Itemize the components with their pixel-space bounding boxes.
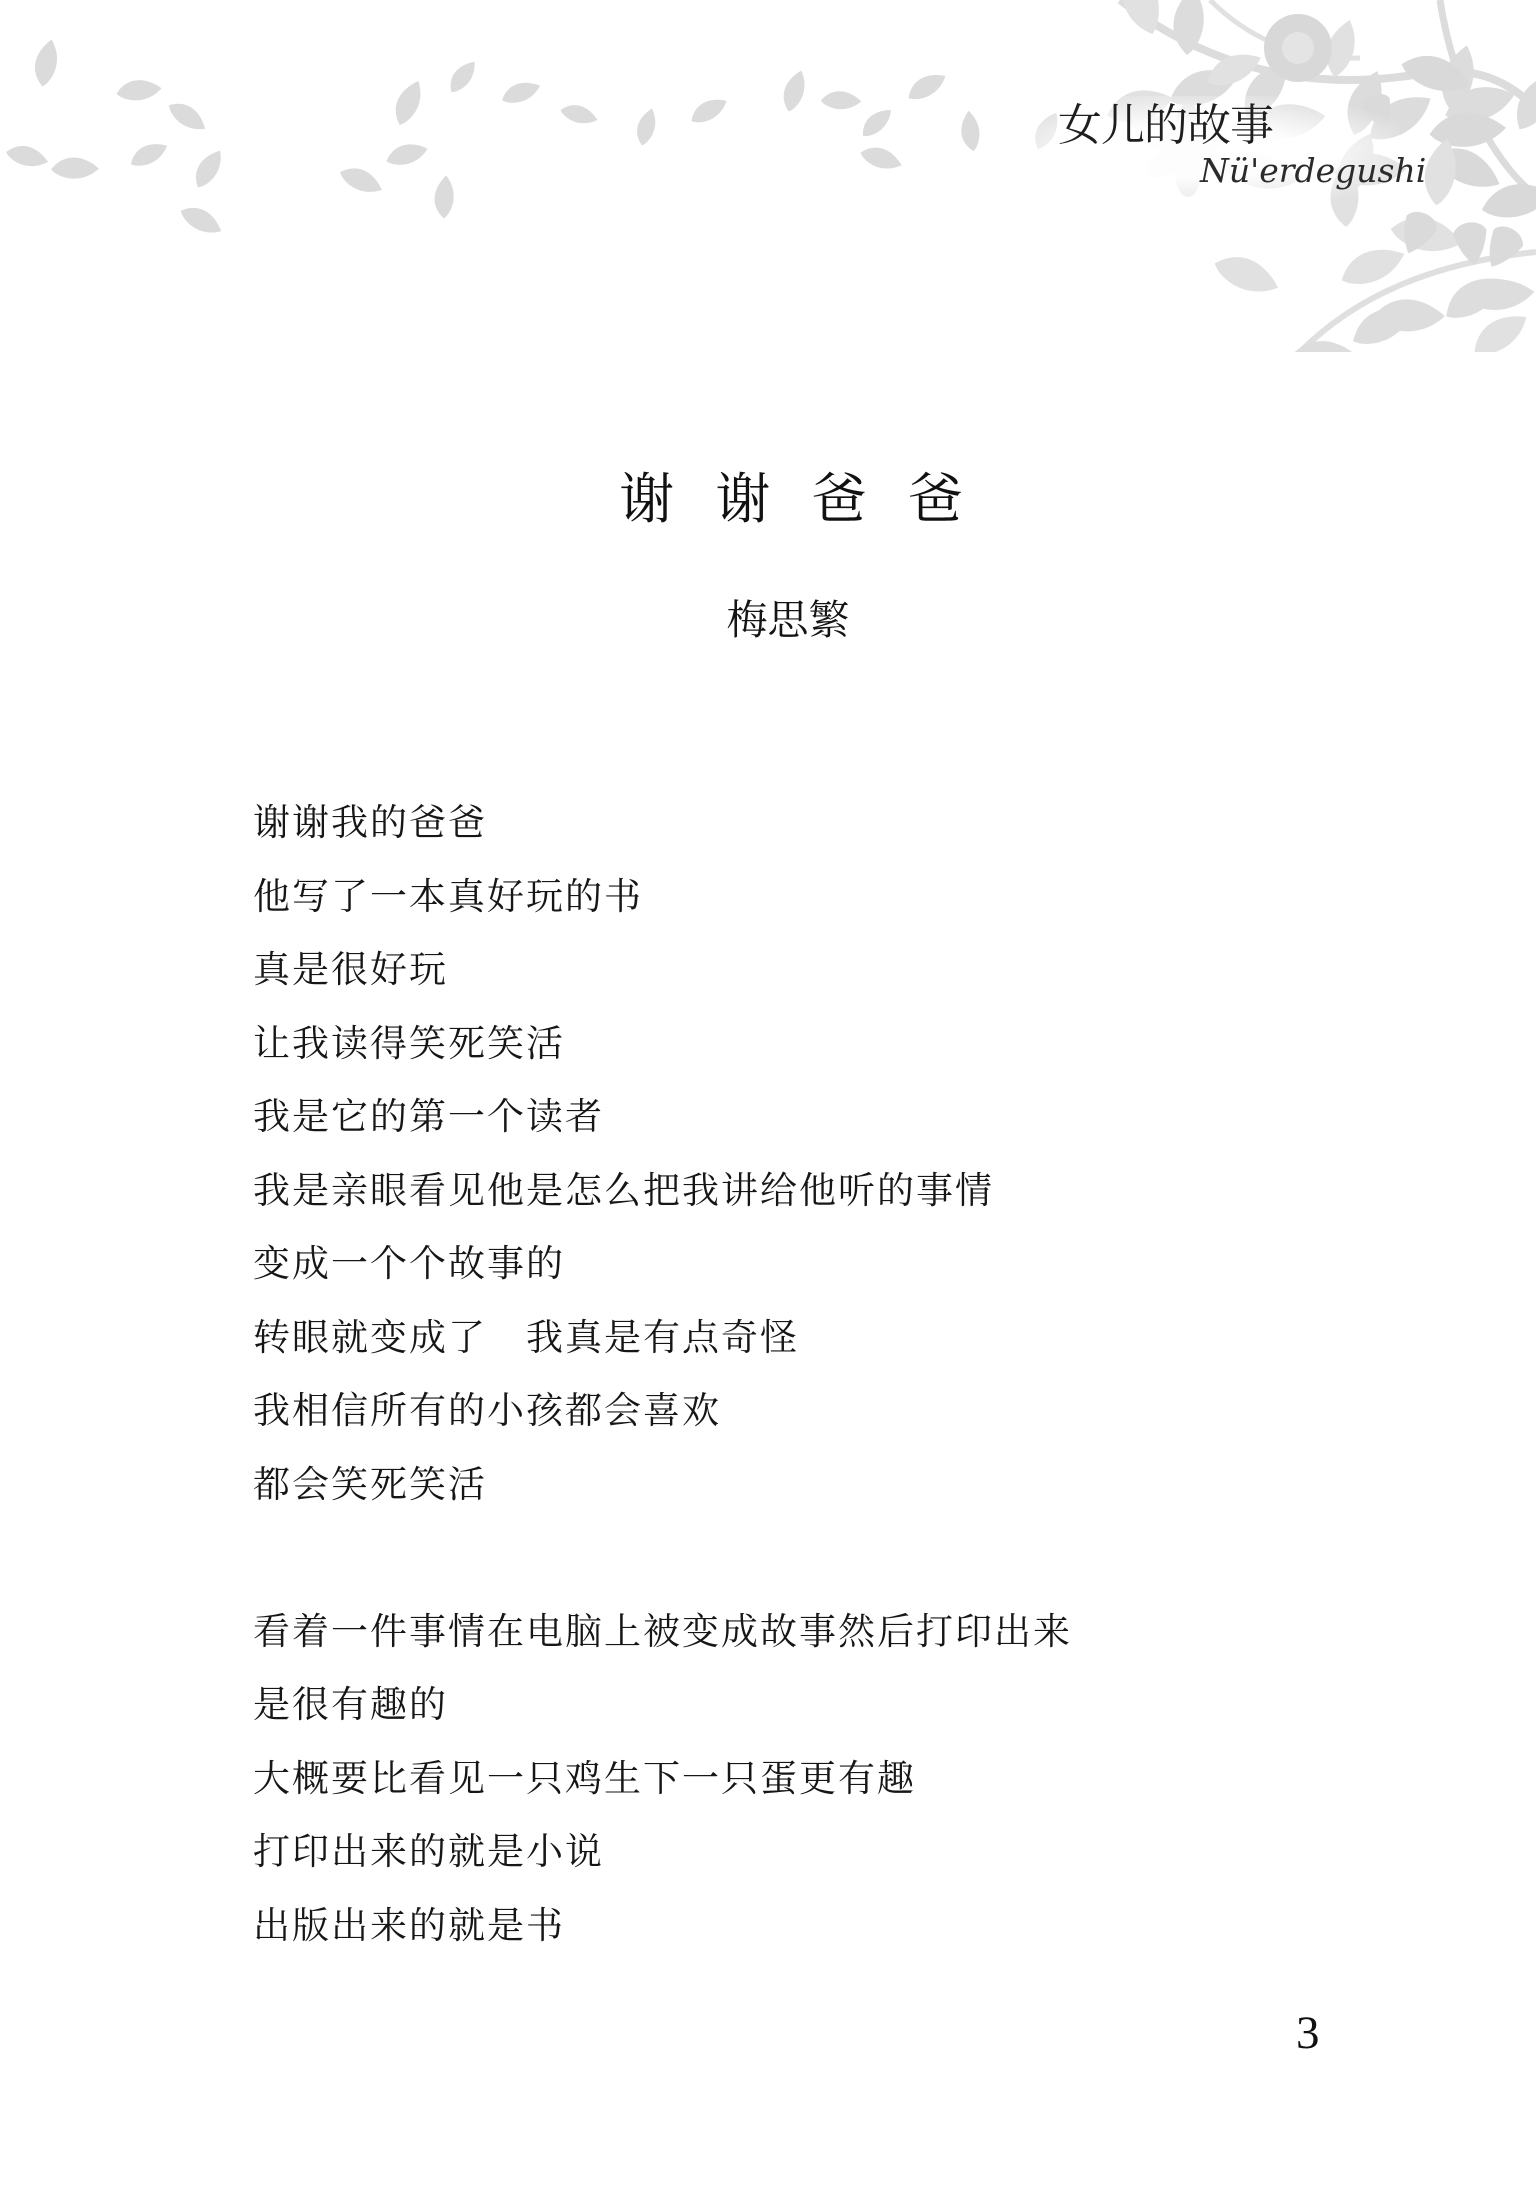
leaf-icon: [114, 66, 165, 117]
poem-line: 出版出来的就是书: [253, 1890, 1403, 1964]
leaf-icon: [48, 142, 102, 196]
leaf-icon: [772, 68, 818, 114]
leaf-icon: [3, 133, 50, 180]
leaf-icon: [178, 198, 223, 243]
page-number: 3: [1296, 2008, 1320, 2060]
leaf-icon: [384, 132, 430, 178]
poem-line: 我是亲眼看见他是怎么把我讲给他听的事情: [253, 1155, 1403, 1229]
poem-line: 真是很好玩: [253, 934, 1403, 1008]
leaf-icon: [188, 148, 229, 189]
poem-line: 打印出来的就是小说: [253, 1816, 1403, 1890]
poem-line: 让我读得笑死笑活: [253, 1008, 1403, 1082]
leaf-icon: [861, 107, 892, 138]
leaf-icon: [384, 78, 433, 127]
poem-line: 看着一件事情在电脑上被变成故事然后打印出来: [253, 1596, 1403, 1670]
leaf-icon: [906, 66, 947, 107]
book-title: 女儿的故事: [1058, 104, 1273, 148]
poem-line: 谢谢我的爸爸: [253, 787, 1403, 861]
leaf-icon: [446, 60, 480, 94]
poem-body: 谢谢我的爸爸他写了一本真好玩的书真是很好玩让我读得笑死笑活我是它的第一个读者我是…: [253, 787, 1403, 1963]
leaf-icon: [948, 108, 993, 153]
poem-line: 都会笑死笑活: [253, 1449, 1403, 1523]
leaf-icon: [338, 158, 385, 205]
poem-line: 他写了一本真好玩的书: [253, 861, 1403, 935]
poem-author: 梅思繁: [20, 599, 1536, 642]
poem-stanza: 谢谢我的爸爸他写了一本真好玩的书真是很好玩让我读得笑死笑活我是它的第一个读者我是…: [253, 787, 1403, 1522]
poem-line: 大概要比看见一只鸡生下一只蛋更有趣: [253, 1743, 1403, 1817]
book-title-romanized: Nü'erdegushi: [1200, 154, 1426, 187]
leaf-icon: [689, 91, 729, 131]
leaf-icon: [818, 78, 864, 124]
leaf-icon: [500, 72, 543, 115]
leaf-icon: [626, 106, 668, 148]
poem-line: 我相信所有的小孩都会喜欢: [253, 1375, 1403, 1449]
book-page: 女儿的故事 Nü'erdegushi 谢 谢 爸 爸 梅思繁 谢谢我的爸爸他写了…: [0, 0, 1536, 2201]
leaf-icon: [558, 94, 600, 136]
leaf-icon: [858, 136, 904, 182]
leaf-icon: [129, 135, 170, 176]
poem-line: 是很有趣的: [253, 1669, 1403, 1743]
poem-title: 谢 谢 爸 爸: [23, 471, 1536, 529]
leaf-icon: [421, 173, 469, 221]
leaf-icon: [21, 37, 74, 90]
poem-line: 变成一个个故事的: [253, 1228, 1403, 1302]
poem-stanza: 看着一件事情在电脑上被变成故事然后打印出来是很有趣的大概要比看见一只鸡生下一只蛋…: [253, 1596, 1403, 1964]
poem-line: 转眼就变成了 我真是有点奇怪: [253, 1302, 1403, 1376]
poem-line: 我是它的第一个读者: [253, 1081, 1403, 1155]
running-header: 女儿的故事 Nü'erdegushi: [1030, 96, 1400, 206]
leaf-icon: [167, 97, 208, 138]
